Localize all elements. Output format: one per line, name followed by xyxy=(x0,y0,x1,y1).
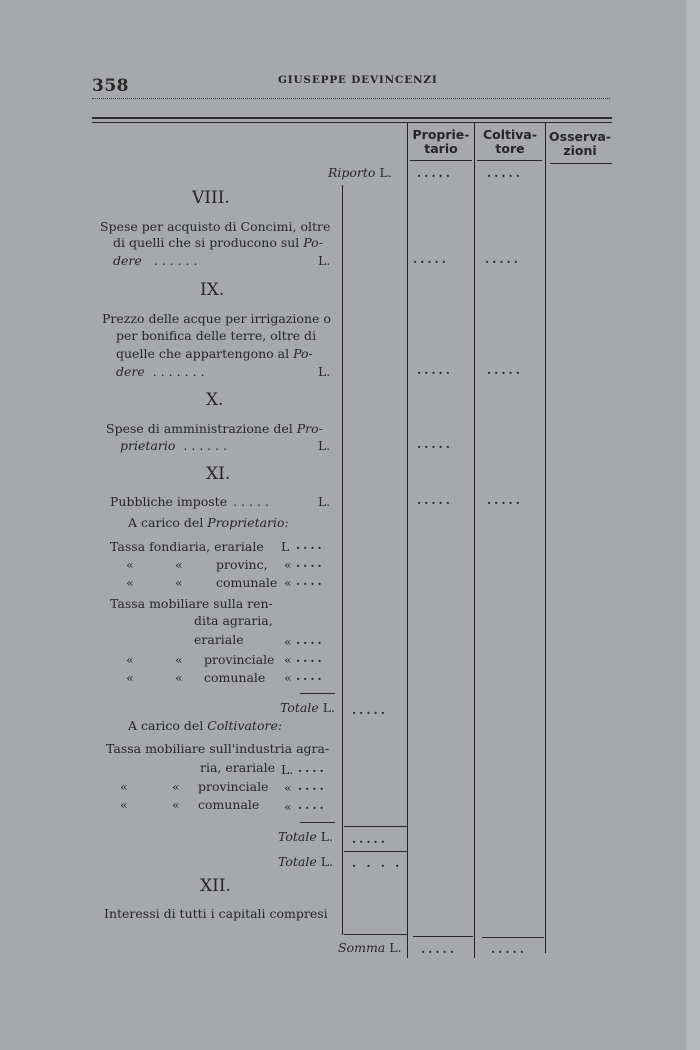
subtotal-rule xyxy=(300,693,335,694)
ditto-mark: « xyxy=(120,778,128,796)
subtotal-rule xyxy=(300,822,335,823)
xi-line1: Pubbliche imposte . . . . . xyxy=(110,493,269,511)
coltivatore-column-line xyxy=(474,123,475,958)
totale-proprietario-value: ..... xyxy=(352,703,388,717)
text: Po- xyxy=(303,235,323,250)
fondiaria-erariale-mark: L xyxy=(281,538,289,556)
text: Somma xyxy=(338,940,385,955)
ditto-mark: « xyxy=(175,651,183,669)
mobiliare-comunale-mark: « xyxy=(284,669,292,687)
text: Totale xyxy=(280,700,319,715)
text: di quelli che si producono sul xyxy=(113,235,303,250)
riporto-proprietario-value: ..... xyxy=(417,166,453,180)
subtotal-column-rule xyxy=(344,826,407,827)
header-underline xyxy=(410,160,472,161)
section-numeral-x: X. xyxy=(206,390,224,410)
riporto-text: Riporto xyxy=(328,165,375,180)
leader-dots: . . . . . xyxy=(233,494,269,509)
industria-erariale-label: ria, erariale xyxy=(200,759,275,777)
table-top-rule xyxy=(92,117,612,119)
xi-proprietario-value: ..... xyxy=(417,493,453,507)
mobiliare-provinciale-label: provinciale xyxy=(204,651,274,669)
x-proprietario-value: ..... xyxy=(417,437,453,451)
fondiaria-comunale-label: comunale xyxy=(216,574,277,592)
header-underline xyxy=(550,163,612,164)
mobiliare-comunale-label: comunale xyxy=(204,669,265,687)
x-line1: Spese di amministrazione del Pro- xyxy=(106,420,323,438)
subtotal-column-rule xyxy=(344,851,407,852)
mobiliare-erariale-label: erariale xyxy=(194,631,244,649)
ix-proprietario-value: ..... xyxy=(417,363,453,377)
somma-rule xyxy=(413,936,473,937)
column-header-osservazioni: Osserva- zioni xyxy=(548,130,612,158)
totale-coltivatore-value: ..... xyxy=(352,832,388,846)
fondiaria-provinc-label: provinc, xyxy=(216,556,268,574)
ix-line4: dere . . . . . . . xyxy=(116,363,204,381)
ditto-mark: « xyxy=(120,796,128,814)
x-line2: prietario . . . . . . xyxy=(120,437,227,455)
industria-provinciale-mark: « xyxy=(284,779,292,797)
text: Pubbliche imposte xyxy=(110,494,227,509)
somma-rule xyxy=(482,937,544,938)
unit-label: L. xyxy=(323,700,335,715)
totale-all-label: Totale L. xyxy=(278,853,333,871)
unit-label: L. xyxy=(321,829,333,844)
riporto-coltivatore-value: ..... xyxy=(487,166,523,180)
text: Spese di amministrazione del xyxy=(106,421,297,436)
riporto-label: Riporto L. xyxy=(328,164,392,182)
header-underline xyxy=(477,160,542,161)
unit-label: L. xyxy=(321,854,333,869)
ditto-mark: « xyxy=(172,796,180,814)
proprietario-column-line xyxy=(407,123,408,958)
column-header-coltivatore: Coltiva- tore xyxy=(476,128,544,156)
ix-coltivatore-value: ..... xyxy=(487,363,523,377)
ditto-mark: « xyxy=(126,651,134,669)
text: Po- xyxy=(293,346,313,361)
dotted-rule xyxy=(92,98,610,99)
viii-unit: L. xyxy=(318,252,330,270)
ix-line3: quelle che appartengono al Po- xyxy=(116,345,313,363)
ditto-mark: « xyxy=(175,669,183,687)
text: Totale xyxy=(278,854,317,869)
subtotal-column-line xyxy=(342,185,343,935)
text: prietario xyxy=(120,438,175,453)
industria-line1: Tassa mobiliare sull'industria agra- xyxy=(106,740,329,758)
totale-all-value: . . . . xyxy=(352,856,402,870)
header-line: zioni xyxy=(548,144,612,158)
section-numeral-xii: XII. xyxy=(200,876,231,896)
viii-line3: dere . . . . . . xyxy=(113,252,197,270)
mobiliare-line1: Tassa mobiliare sulla ren- xyxy=(110,595,273,613)
ditto-mark: « xyxy=(126,556,134,574)
mobiliare-erariale-mark: « xyxy=(284,633,292,651)
mobiliare-provinciale-dots: .... xyxy=(296,651,325,665)
a-carico-proprietario: A carico del Proprietario: xyxy=(128,514,289,532)
text: A carico del xyxy=(128,515,207,530)
mobiliare-line2: dita agraria, xyxy=(194,612,273,630)
text: quelle che appartengono al xyxy=(116,346,293,361)
somma-rule xyxy=(344,934,407,935)
page-number: 358 xyxy=(92,76,129,96)
unit-label: L. xyxy=(389,940,401,955)
text: Totale xyxy=(278,829,317,844)
text: Proprietario: xyxy=(207,515,288,530)
fondiaria-erariale-dots: .... xyxy=(296,538,325,552)
text: Coltivatore: xyxy=(207,718,282,733)
ditto-mark: « xyxy=(172,778,180,796)
section-numeral-ix: IX. xyxy=(200,280,224,300)
industria-comunale-mark: « xyxy=(284,798,292,816)
unit-label: L. xyxy=(379,165,391,180)
x-unit: L. xyxy=(318,437,330,455)
industria-erariale-mark: L. xyxy=(281,761,293,779)
leader-dots: . . . . . . xyxy=(183,438,227,453)
running-head: GIUSEPPE DEVINCENZI xyxy=(278,74,438,86)
totale-proprietario-label: Totale L. xyxy=(280,699,335,717)
xi-unit: L. xyxy=(318,493,330,511)
fondiaria-comunale-mark: « xyxy=(284,574,292,592)
page-edge xyxy=(686,0,700,1050)
column-header-proprietario: Proprie- tario xyxy=(409,128,473,156)
somma-label: Somma L. xyxy=(338,939,402,957)
a-carico-coltivatore: A carico del Coltivatore: xyxy=(128,717,282,735)
ditto-mark: « xyxy=(126,669,134,687)
industria-provinciale-dots: .... xyxy=(298,779,327,793)
mobiliare-provinciale-mark: « xyxy=(284,651,292,669)
ditto-mark: « xyxy=(126,574,134,592)
leader-dots: . . . . . . xyxy=(154,253,198,268)
leader-dots: . . . . . . . xyxy=(153,364,205,379)
header-line: Osserva- xyxy=(548,130,612,144)
fondiaria-provinc-mark: « xyxy=(284,556,292,574)
industria-comunale-dots: .... xyxy=(298,798,327,812)
text: dere xyxy=(116,364,145,379)
xii-line1: Interessi di tutti i capitali compresi xyxy=(104,905,328,923)
header-line: Coltiva- xyxy=(476,128,544,142)
section-numeral-xi: XI. xyxy=(206,464,230,484)
fondiaria-provinc-dots: .... xyxy=(296,556,325,570)
industria-provinciale-label: provinciale xyxy=(198,778,268,796)
text: dere xyxy=(113,253,142,268)
viii-line2: di quelli che si producono sul Po- xyxy=(113,234,323,252)
fondiaria-erariale-label: Tassa fondiaria, erariale xyxy=(110,538,264,556)
ditto-mark: « xyxy=(175,556,183,574)
section-numeral-viii: VIII. xyxy=(192,188,230,208)
industria-erariale-dots: .... xyxy=(298,761,327,775)
viii-proprietario-value: ..... xyxy=(413,252,449,266)
ix-line2: per bonifica delle terre, oltre di xyxy=(116,327,316,345)
osservazioni-column-line xyxy=(545,123,546,953)
fondiaria-comunale-dots: .... xyxy=(296,574,325,588)
viii-coltivatore-value: ..... xyxy=(485,252,521,266)
mobiliare-erariale-dots: .... xyxy=(296,633,325,647)
header-line: tore xyxy=(476,142,544,156)
ix-line1: Prezzo delle acque per irrigazione o xyxy=(102,310,331,328)
ix-unit: L. xyxy=(318,363,330,381)
header-line: tario xyxy=(409,142,473,156)
ditto-mark: « xyxy=(175,574,183,592)
somma-proprietario-value: ..... xyxy=(421,942,457,956)
industria-comunale-label: comunale xyxy=(198,796,259,814)
text: A carico del xyxy=(128,718,207,733)
table-top-rule-thin xyxy=(92,122,612,123)
somma-coltivatore-value: ..... xyxy=(491,942,527,956)
text: Pro- xyxy=(297,421,323,436)
totale-coltivatore-label: Totale L. xyxy=(278,828,333,846)
xi-coltivatore-value: ..... xyxy=(487,493,523,507)
mobiliare-comunale-dots: .... xyxy=(296,669,325,683)
header-line: Proprie- xyxy=(409,128,473,142)
